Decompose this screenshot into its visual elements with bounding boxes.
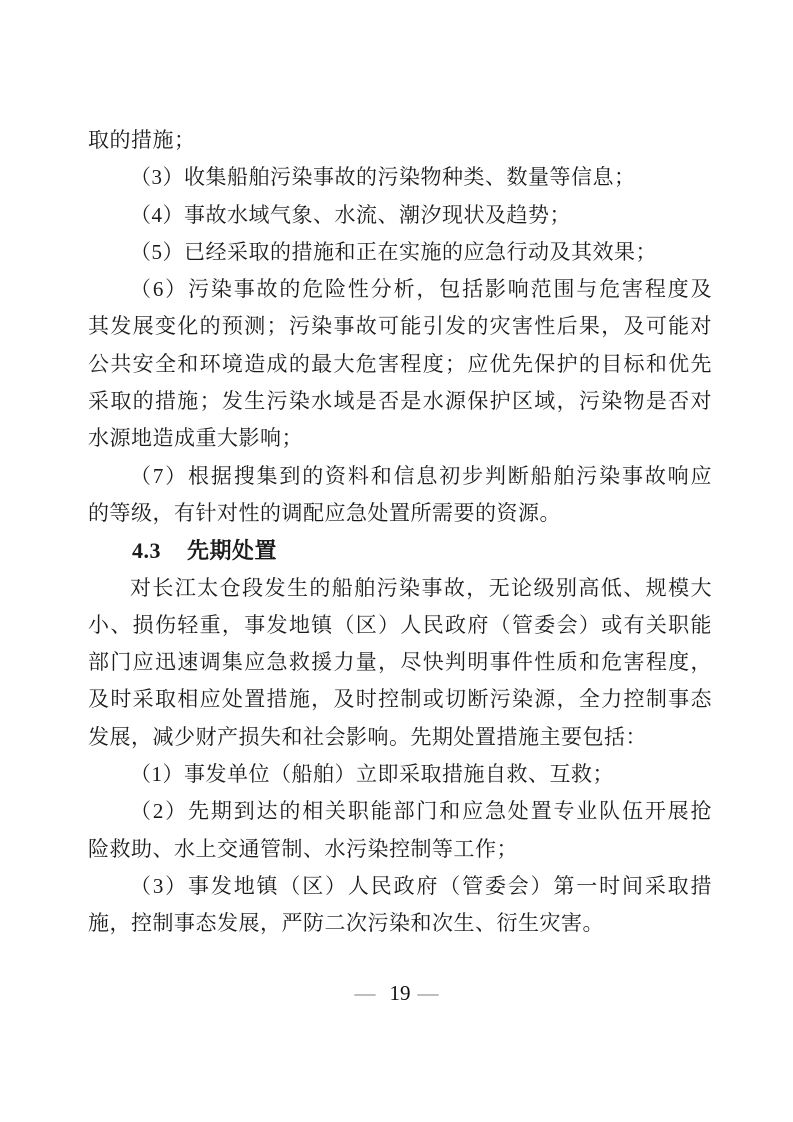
- paragraph-line-5: 发展，减少财产损失和社会影响。先期处置措施主要包括：: [88, 719, 712, 756]
- list-item-4-weather: （4）事故水域气象、水流、潮汐现状及趋势；: [88, 197, 712, 234]
- paragraph-line-3: 部门应迅速调集应急救援力量，尽快判明事件性质和危害程度，: [88, 644, 712, 681]
- list-item-2-line-1: （2）先期到达的相关职能部门和应急处置专业队伍开展抢: [88, 793, 712, 830]
- list-item-6-line-4: 采取的措施；发生污染水域是否是水源保护区域，污染物是否对: [88, 383, 712, 420]
- paragraph-line-1: 对长江太仓段发生的船舶污染事故，无论级别高低、规模大: [88, 570, 712, 607]
- section-number: 4.3: [132, 538, 161, 563]
- page-number: 19: [390, 981, 411, 1005]
- footer-dash-left: —: [355, 981, 376, 1005]
- list-item-7-line-2: 的等级，有针对性的调配应急处置所需要的资源。: [88, 495, 712, 532]
- list-item-6-line-2: 其发展变化的预测；污染事故可能引发的灾害性后果，及可能对: [88, 308, 712, 345]
- list-item-5-measures: （5）已经采取的措施和正在实施的应急行动及其效果；: [88, 234, 712, 271]
- section-title: 先期处置: [187, 538, 277, 563]
- list-item-7-line-1: （7）根据搜集到的资料和信息初步判断船舶污染事故响应: [88, 458, 712, 495]
- section-heading-4-3: 4.3先期处置: [88, 532, 712, 569]
- list-item-1-selfrescue: （1）事发单位（船舶）立即采取措施自救、互救；: [88, 756, 712, 793]
- list-item-6-line-3: 公共安全和环境造成的最大危害程度；应优先保护的目标和优先: [88, 346, 712, 383]
- body-text: 取的措施； （3）收集船舶污染事故的污染物种类、数量等信息； （4）事故水域气象…: [88, 122, 712, 943]
- page-footer: —19—: [0, 980, 793, 1006]
- list-item-3b-line-1: （3）事发地镇（区）人民政府（管委会）第一时间采取措: [88, 868, 712, 905]
- paragraph-line-4: 及时采取相应处置措施，及时控制或切断污染源，全力控制事态: [88, 681, 712, 718]
- paragraph-line-2: 小、损伤轻重，事发地镇（区）人民政府（管委会）或有关职能: [88, 607, 712, 644]
- list-item-3-info: （3）收集船舶污染事故的污染物种类、数量等信息；: [88, 159, 712, 196]
- list-item-6-line-5: 水源地造成重大影响；: [88, 420, 712, 457]
- document-page: 取的措施； （3）收集船舶污染事故的污染物种类、数量等信息； （4）事故水域气象…: [0, 0, 793, 1122]
- footer-dash-right: —: [418, 981, 439, 1005]
- list-item-2-line-2: 险救助、水上交通管制、水污染控制等工作；: [88, 831, 712, 868]
- list-item-3b-line-2: 施，控制事态发展，严防二次污染和次生、衍生灾害。: [88, 905, 712, 942]
- list-item-6-line-1: （6）污染事故的危险性分析，包括影响范围与危害程度及: [88, 271, 712, 308]
- text-line-carryover: 取的措施；: [88, 122, 712, 159]
